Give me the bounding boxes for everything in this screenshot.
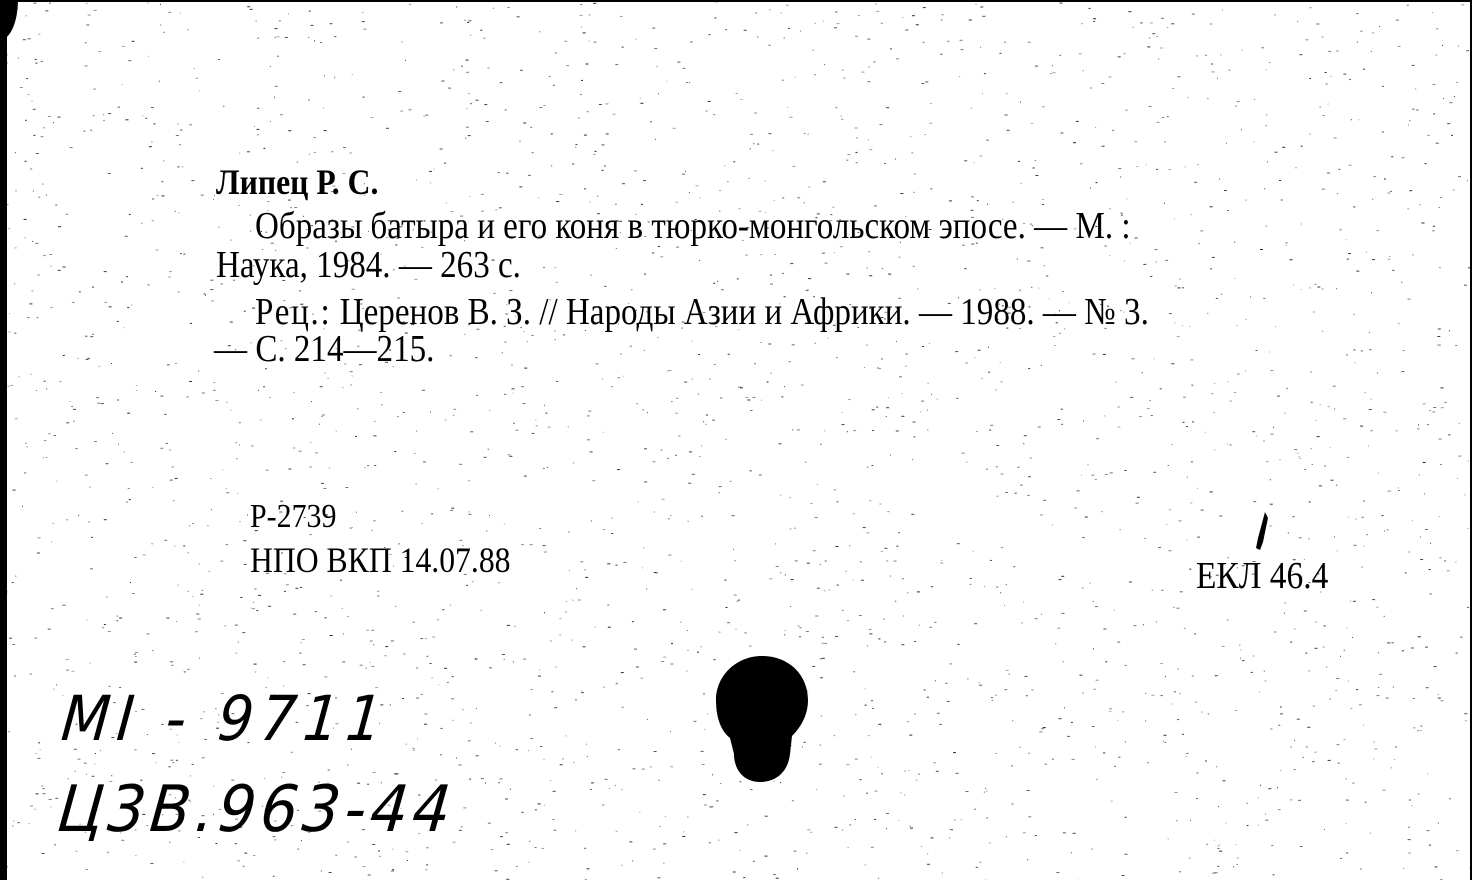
handwritten-line-1: МI - 9711 <box>59 688 392 750</box>
card-org-date: НПО ВКП 14.07.88 <box>250 542 510 578</box>
card-edge-left <box>0 0 7 880</box>
card-review-line-2: — С. 214—215. <box>214 330 434 368</box>
card-title-line-1: Образы батыра и его коня в тюрко-монголь… <box>255 207 1131 245</box>
card-code: Р-2739 <box>250 500 336 534</box>
card-review-line-1: Рец.: Церенов В. З. // Народы Азии и Афр… <box>255 293 1149 331</box>
pen-mark-icon <box>1255 512 1269 550</box>
review-citation: Церенов В. З. // Народы Азии и Африки. —… <box>331 291 1148 333</box>
review-prefix: Рец.: <box>255 291 331 333</box>
card-author: Липец Р. С. <box>216 164 378 200</box>
handwritten-line-2: Ц3В.963-44 <box>55 778 458 842</box>
card-ekl: ЕКЛ 46.4 <box>1196 557 1328 595</box>
card-title-line-2: Наука, 1984. — 263 с. <box>216 246 521 284</box>
card-edge-top <box>0 0 1472 2</box>
punch-hole-icon <box>714 654 810 784</box>
card-corner <box>0 0 18 40</box>
